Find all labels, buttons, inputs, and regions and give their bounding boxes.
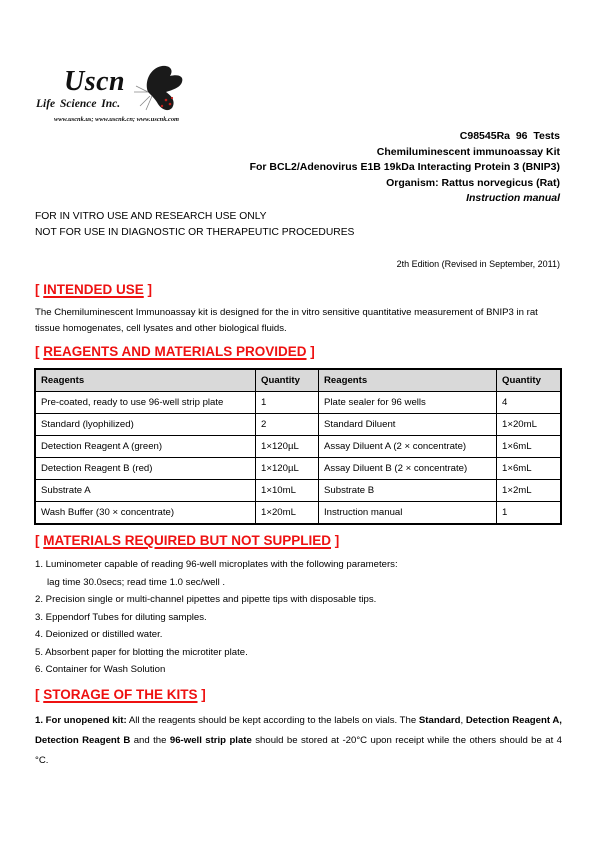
- list-item: 5. Absorbent paper for blotting the micr…: [35, 644, 398, 662]
- table-cell: 1×120µL: [256, 436, 319, 458]
- heading-text: REAGENTS AND MATERIALS PROVIDED: [43, 344, 306, 359]
- table-cell: Substrate B: [319, 480, 497, 502]
- storage-text: 1. For unopened kit: All the reagents sh…: [35, 711, 562, 771]
- table-cell: 1×6mL: [497, 436, 562, 458]
- table-row: Detection Reagent A (green)1×120µLAssay …: [35, 436, 561, 458]
- table-cell: Standard Diluent: [319, 414, 497, 436]
- table-cell: Wash Buffer (30 × concentrate): [35, 502, 256, 525]
- table-cell: Detection Reagent B (red): [35, 458, 256, 480]
- table-cell: Assay Diluent B (2 × concentrate): [319, 458, 497, 480]
- table-cell: Plate sealer for 96 wells: [319, 392, 497, 414]
- intended-use-text: The Chemiluminescent Immunoassay kit is …: [35, 305, 562, 337]
- table-cell: Instruction manual: [319, 502, 497, 525]
- table-cell: 1×20mL: [256, 502, 319, 525]
- table-header-row: Reagents Quantity Reagents Quantity: [35, 369, 561, 392]
- catalog-number: C98545Ra 96 Tests: [250, 129, 560, 145]
- column-header: Quantity: [256, 369, 319, 392]
- table-row: Standard (lyophilized)2Standard Diluent1…: [35, 414, 561, 436]
- column-header: Reagents: [35, 369, 256, 392]
- list-item: 3. Eppendorf Tubes for diluting samples.: [35, 609, 398, 627]
- heading-text: STORAGE OF THE KITS: [43, 687, 197, 702]
- section-heading-intended-use: [ INTENDED USE ]: [35, 282, 152, 297]
- table-cell: Assay Diluent A (2 × concentrate): [319, 436, 497, 458]
- table-cell: 2: [256, 414, 319, 436]
- table-cell: 4: [497, 392, 562, 414]
- doc-type: Instruction manual: [250, 191, 560, 207]
- table-row: Substrate A1×10mLSubstrate B1×2mL: [35, 480, 561, 502]
- use-disclaimer: FOR IN VITRO USE AND RESEARCH USE ONLY N…: [35, 209, 354, 240]
- list-item: 4. Deionized or distilled water.: [35, 626, 398, 644]
- heading-text: INTENDED USE: [43, 282, 144, 297]
- kit-type: Chemiluminescent immunoassay Kit: [250, 145, 560, 161]
- table-cell: Pre-coated, ready to use 96-well strip p…: [35, 392, 256, 414]
- table-cell: 1: [497, 502, 562, 525]
- table-cell: Substrate A: [35, 480, 256, 502]
- storage-lead: 1. For unopened kit:: [35, 715, 127, 726]
- table-row: Detection Reagent B (red)1×120µLAssay Di…: [35, 458, 561, 480]
- list-item: 1. Luminometer capable of reading 96-wel…: [35, 556, 398, 574]
- column-header: Reagents: [319, 369, 497, 392]
- storage-text-part: and the: [130, 735, 170, 746]
- butterfly-icon: [126, 62, 186, 114]
- list-item: 6. Container for Wash Solution: [35, 661, 398, 679]
- edition-note: 2th Edition (Revised in September, 2011): [397, 259, 560, 269]
- logo-company-name: Life Science Inc.: [36, 98, 120, 110]
- column-header: Quantity: [497, 369, 562, 392]
- materials-list: 1. Luminometer capable of reading 96-wel…: [35, 556, 398, 679]
- storage-bold-part: Standard: [419, 715, 461, 726]
- disclaimer-line-2: NOT FOR USE IN DIAGNOSTIC OR THERAPEUTIC…: [35, 225, 354, 241]
- section-heading-storage: [ STORAGE OF THE KITS ]: [35, 687, 206, 702]
- product-title-block: C98545Ra 96 Tests Chemiluminescent immun…: [250, 129, 560, 207]
- table-cell: 1×6mL: [497, 458, 562, 480]
- table-cell: 1: [256, 392, 319, 414]
- reagents-table: Reagents Quantity Reagents Quantity Pre-…: [34, 368, 562, 525]
- target-protein: For BCL2/Adenovirus E1B 19kDa Interactin…: [250, 160, 560, 176]
- logo-brand: Uscn: [64, 66, 125, 98]
- storage-text-part: All the reagents should be kept accordin…: [127, 715, 419, 726]
- section-heading-materials-not-supplied: [ MATERIALS REQUIRED BUT NOT SUPPLIED ]: [35, 533, 339, 548]
- table-cell: 1×2mL: [497, 480, 562, 502]
- heading-text: MATERIALS REQUIRED BUT NOT SUPPLIED: [43, 533, 331, 548]
- table-cell: 1×120µL: [256, 458, 319, 480]
- organism: Organism: Rattus norvegicus (Rat): [250, 176, 560, 192]
- table-row: Pre-coated, ready to use 96-well strip p…: [35, 392, 561, 414]
- list-item: 2. Precision single or multi-channel pip…: [35, 591, 398, 609]
- table-cell: 1×10mL: [256, 480, 319, 502]
- list-item: lag time 30.0secs; read time 1.0 sec/wel…: [35, 574, 398, 592]
- table-cell: Standard (lyophilized): [35, 414, 256, 436]
- storage-bold-part: 96-well strip plate: [170, 735, 252, 746]
- company-logo: Uscn Life Science Inc. www.uscnk.us; www…: [30, 64, 210, 126]
- logo-websites: www.uscnk.us; www.uscnk.cn; www.uscnk.co…: [54, 116, 179, 123]
- table-cell: Detection Reagent A (green): [35, 436, 256, 458]
- table-cell: 1×20mL: [497, 414, 562, 436]
- disclaimer-line-1: FOR IN VITRO USE AND RESEARCH USE ONLY: [35, 209, 354, 225]
- table-row: Wash Buffer (30 × concentrate)1×20mLInst…: [35, 502, 561, 525]
- section-heading-reagents: [ REAGENTS AND MATERIALS PROVIDED ]: [35, 344, 315, 359]
